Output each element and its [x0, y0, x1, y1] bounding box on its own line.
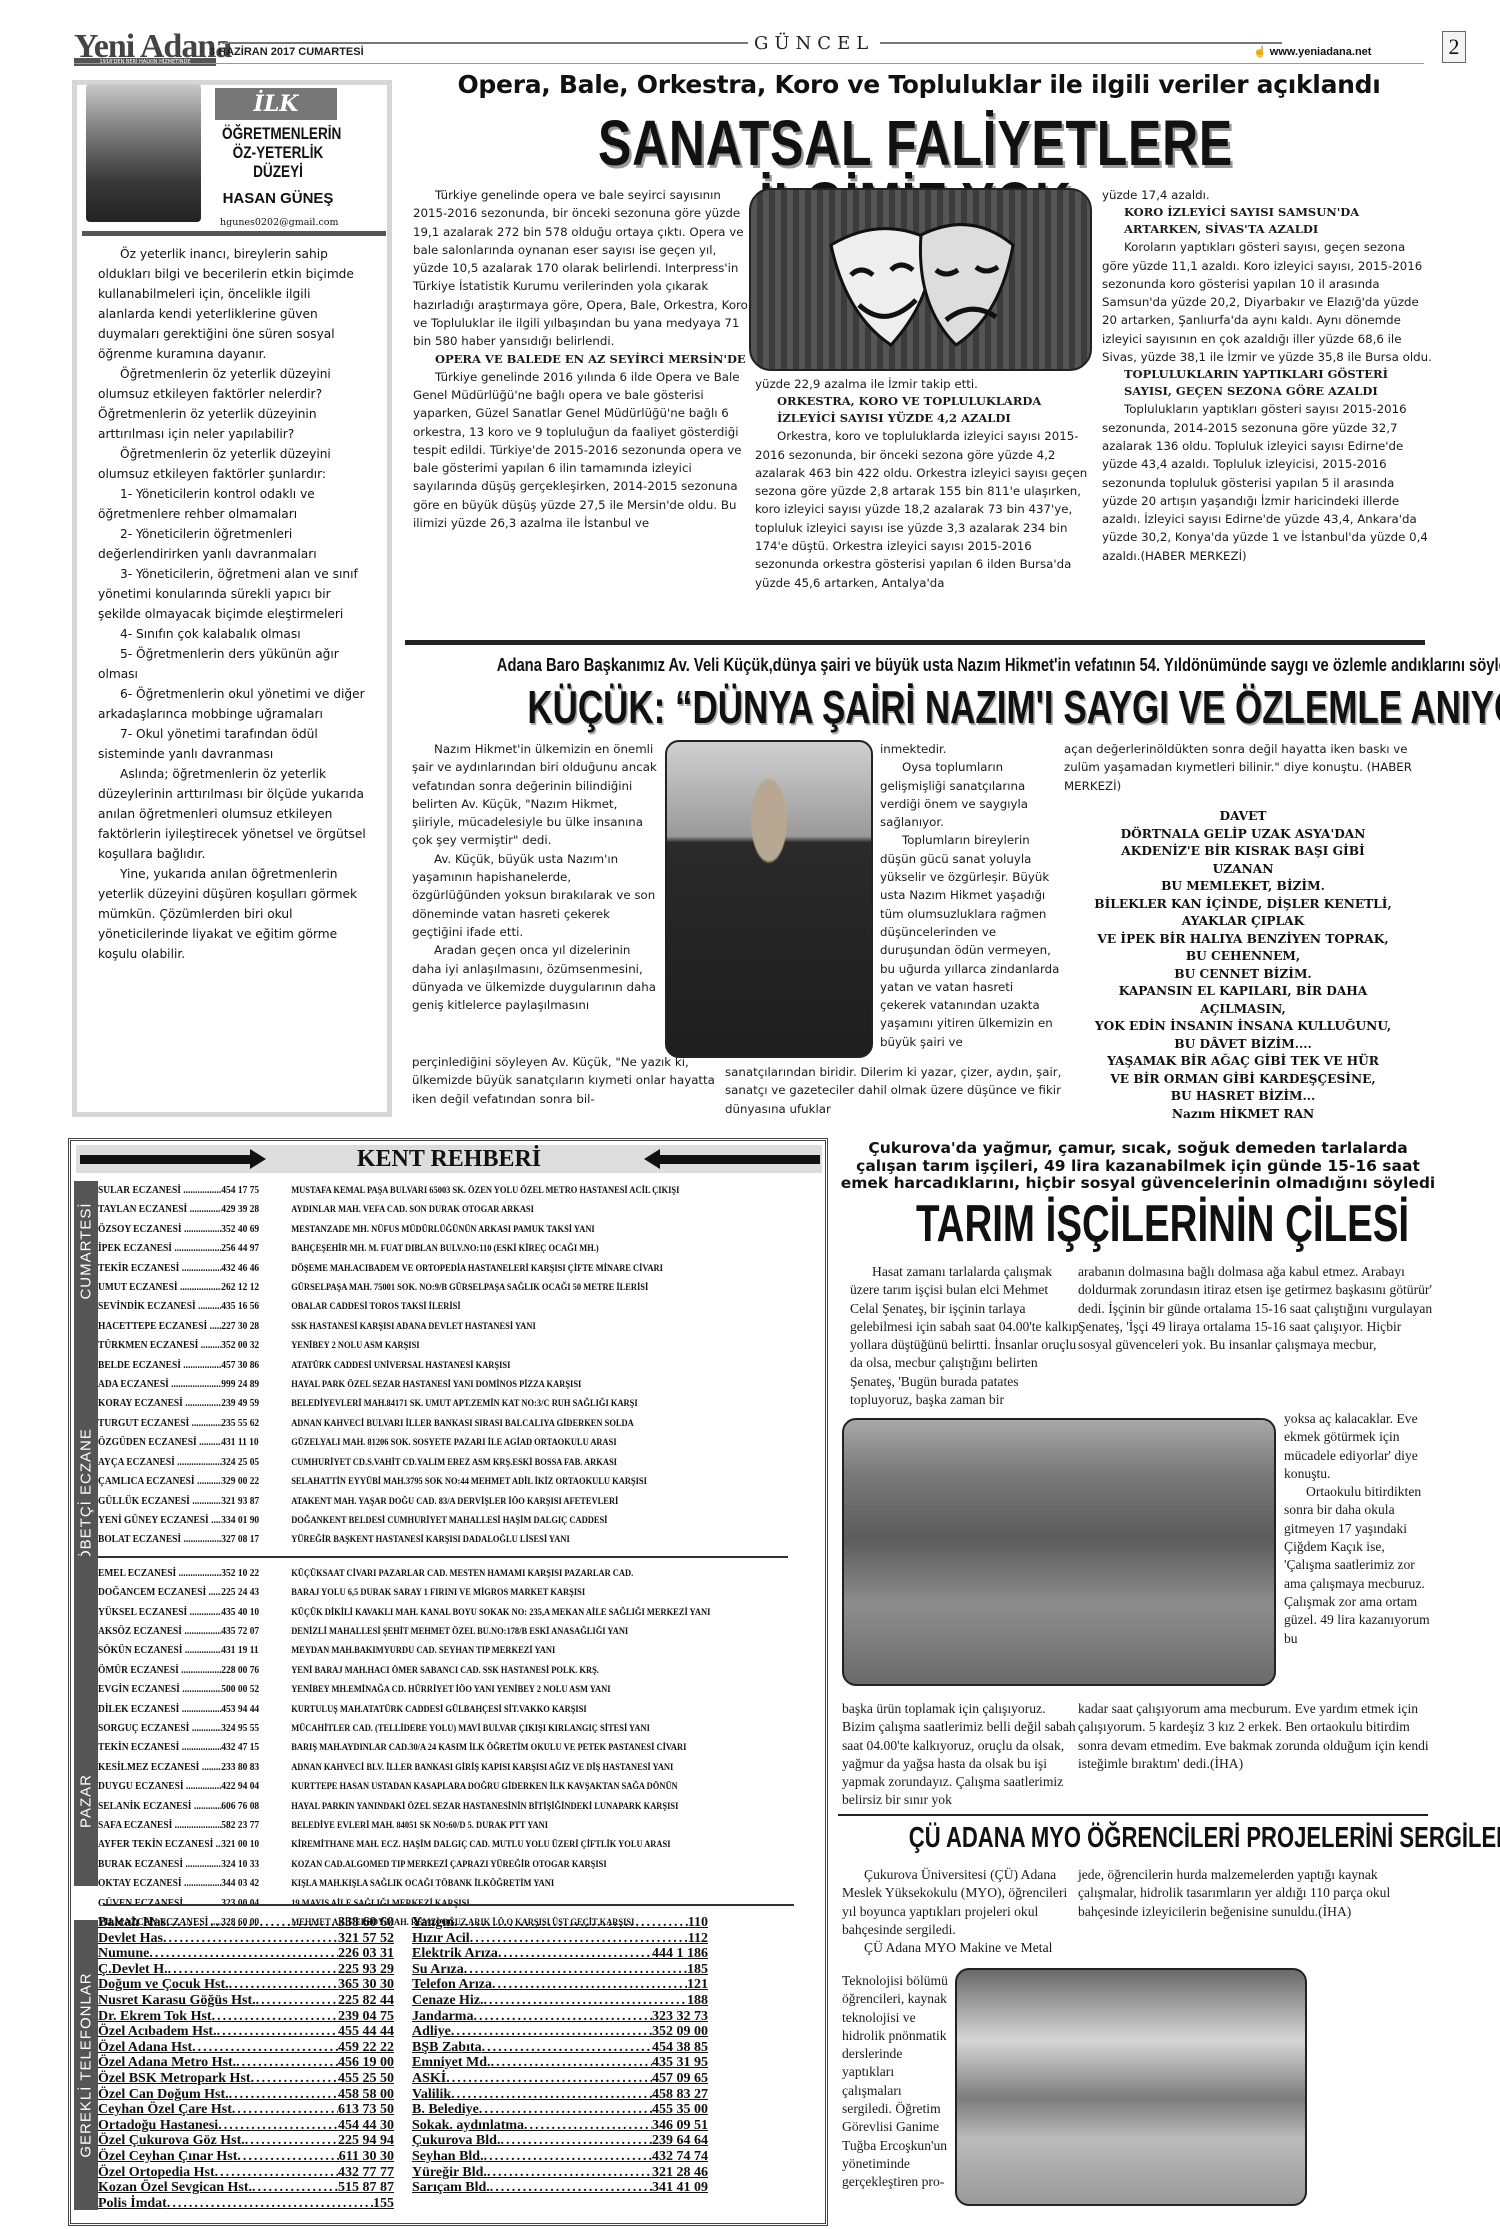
paragraph: 7- Okul yönetimi tarafından ödül sistemi… — [98, 724, 370, 764]
leader-dots — [482, 2040, 652, 2056]
pharmacy-row: ADA ECZANESİ999 24 89HAYAL PARK ÖZEL SEZ… — [98, 1375, 765, 1394]
pharmacy-address: ATAKENT MAH. YAŞAR DOĞU CAD. 83/A DERVİŞ… — [291, 1496, 618, 1506]
pharmacy-phone: 327 08 17 — [221, 1530, 291, 1549]
tarim-column-2-continued: yoksa aç kalacaklar. Eve ekmek götürmek … — [1284, 1410, 1434, 1648]
pharmacy-row: HACETTEPE ECZANESİ227 30 28SSK HASTANESİ… — [98, 1317, 765, 1336]
leader-dots — [229, 2087, 338, 2103]
leader-dots — [454, 1915, 688, 1931]
leader-dots — [237, 2149, 338, 2165]
phone-number: 432 74 74 — [652, 2149, 708, 2165]
poem-line: VE İPEK BİR HALIYA BENZİYEN TOPRAK, — [1062, 931, 1424, 949]
pharmacy-address: KÜÇÜK DİKİLİ KAVAKLI MAH. KANAL BOYU SOK… — [291, 1607, 710, 1617]
pharmacy-phone: 235 55 62 — [221, 1414, 291, 1433]
pharmacy-name: DİLEK ECZANESİ — [98, 1700, 221, 1719]
phone-number: 352 09 00 — [652, 2024, 708, 2040]
cu-column-2: jede, öğrencilerin hurda malzemelerden y… — [1078, 1866, 1433, 1921]
phone-label: Jandarma — [412, 2009, 473, 2025]
paragraph: Ortaokulu bitirdikten sonra bir daha oku… — [1284, 1483, 1434, 1648]
phone-label: Özel Ortopedia Hst — [98, 2165, 215, 2181]
pharmacy-address: KİREMİTHANE MAH. ECZ. HAŞİM DALGIÇ CAD. … — [291, 1839, 670, 1849]
pharmacy-address: YÜREĞİR BAŞKENT HASTANESİ KARŞISI DADALO… — [291, 1534, 570, 1544]
poem-line: BU HASRET BİZİM... — [1062, 1088, 1424, 1106]
pharmacy-name: SELANİK ECZANESİ — [98, 1797, 221, 1816]
pharmacy-phone: 324 95 55 — [221, 1719, 291, 1738]
pharmacy-row: ÖMÜR ECZANESİ228 00 76YENİ BARAJ MAH.HAC… — [98, 1661, 765, 1680]
leader-dots — [236, 2055, 338, 2071]
phone-label: Dr. Ekrem Tok Hst — [98, 2009, 212, 2025]
section-title: GÜNCEL — [748, 33, 880, 54]
pharmacy-address: KIŞLA MAH.KIŞLA SAĞLIK OCAĞI TÖBANK İLKÖ… — [291, 1878, 554, 1888]
pharmacy-row: ÖZSOY ECZANESİ352 40 69MESTANZADE MH. NÜ… — [98, 1220, 765, 1239]
poem-line: DÖRTNALA GELİP UZAK ASYA'DAN — [1062, 826, 1424, 844]
phone-number: 341 41 09 — [652, 2180, 708, 2196]
pharmacy-row: TURGUT ECZANESİ235 55 62ADNAN KAHVECİ BU… — [98, 1414, 765, 1433]
website-url: www.yeniadana.net — [1270, 46, 1372, 58]
phone-number: 155 — [373, 2196, 394, 2212]
pharmacy-name: ÇAMLICA ECZANESİ — [98, 1472, 221, 1491]
pharmacy-name: KORAY ECZANESİ — [98, 1394, 221, 1413]
phone-number: 457 09 65 — [652, 2071, 708, 2087]
phone-label: ASKİ — [412, 2071, 446, 2087]
student-projects-photo — [955, 1968, 1307, 2206]
phone-label: Özel Adana Hst — [98, 2040, 192, 2056]
pharmacy-address: YENİBEY 2 NOLU ASM KARŞISI — [291, 1340, 419, 1350]
phone-number: 432 77 77 — [338, 2165, 394, 2181]
pharmacy-row: BELDE ECZANESİ457 30 86ATATÜRK CADDESİ U… — [98, 1356, 765, 1375]
pharmacy-address: YENİ BARAJ MAH.HACI ÖMER SABANCI CAD. SS… — [291, 1665, 599, 1675]
pharmacy-phone: 227 30 28 — [221, 1317, 291, 1336]
pharmacy-address: SSK HASTANESİ KARŞISI ADANA DEVLET HASTA… — [291, 1321, 536, 1331]
phone-label: Nusret Karasu Göğüs Hst. — [98, 1993, 256, 2009]
pharmacy-row: GÜLLÜK ECZANESİ321 93 87ATAKENT MAH. YAŞ… — [98, 1492, 765, 1511]
pharmacy-row: SEVİNDİK ECZANESİ435 16 56OBALAR CADDESİ… — [98, 1297, 765, 1316]
theatre-masks-image — [749, 188, 1092, 371]
pharmacy-phone: 606 76 08 — [221, 1797, 291, 1816]
veli-kucuk-photo — [665, 740, 873, 1058]
leader-dots — [245, 2133, 338, 2149]
side-label-cumartesi: CUMARTESİNÖBETÇİ ECZANE — [74, 1181, 98, 1556]
pharmacy-phone: 321 93 87 — [221, 1492, 291, 1511]
phone-number: 338 60 60 — [338, 1915, 394, 1931]
leader-dots — [484, 1993, 687, 2009]
pharmacy-row: EMEL ECZANESİ352 10 22KÜÇÜKSAAT CİVARI P… — [98, 1564, 765, 1583]
pharmacy-list: SULAR ECZANESİ454 17 75MUSTAFA KEMAL PAŞ… — [98, 1181, 823, 1932]
paragraph: Türkiye genelinde opera ve bale seyirci … — [413, 186, 748, 351]
pharmacy-row: TÜRKMEN ECZANESİ352 00 32YENİBEY 2 NOLU … — [98, 1336, 765, 1355]
pharmacy-row: AKSÖZ ECZANESİ435 72 07DENİZLİ MAHALLESİ… — [98, 1622, 765, 1641]
leader-dots — [492, 1977, 687, 1993]
phone-entry: Özel Çukurova Göz Hst.225 94 94 — [98, 2133, 394, 2149]
pharmacy-row: BOLAT ECZANESİ327 08 17YÜREĞİR BAŞKENT H… — [98, 1530, 765, 1549]
phone-number: 121 — [687, 1977, 708, 1993]
phone-label: Cenaze Hiz. — [412, 1993, 484, 2009]
pharmacy-row: ÇAMLICA ECZANESİ329 00 22SELAHATTİN EYYÜ… — [98, 1472, 765, 1491]
phone-label: Kozan Özel Sevgican Hst. — [98, 2180, 252, 2196]
leader-dots — [490, 2180, 652, 2196]
farm-workers-photo — [842, 1418, 1276, 1686]
phone-label: Su Arıza — [412, 1962, 464, 1978]
phone-number: 458 58 00 — [338, 2087, 394, 2103]
column-title: ÖĞRETMENLERİN ÖZ-YETERLİK DÜZEYİ — [222, 124, 334, 181]
phone-number: 226 03 31 — [338, 1946, 394, 1962]
pharmacy-name: AYÇA ECZANESİ — [98, 1453, 221, 1472]
pharmacy-phone: 352 10 22 — [221, 1564, 291, 1583]
phone-label: Sarıçam Bld. — [412, 2180, 490, 2196]
pharmacy-phone: 431 11 10 — [221, 1433, 291, 1452]
phone-number: 185 — [687, 1962, 708, 1978]
pharmacy-address: YENİBEY MH.EMİNAĞA CD. HÜRRİYET İÖO YANI… — [291, 1684, 610, 1694]
tarim-column-2-end: kadar saat çalışıyorum ama mecburum. Eve… — [1078, 1700, 1433, 1773]
pharmacy-address: HAYAL PARK ÖZEL SEZAR HASTANESİ YANI DOM… — [291, 1379, 581, 1389]
nazim-kicker: Adana Baro Başkanımız Av. Veli Küçük,dün… — [497, 655, 1333, 676]
pharmacy-row: DİLEK ECZANESİ453 94 44KURTULUŞ MAH.ATAT… — [98, 1700, 765, 1719]
pharmacy-row: SULAR ECZANESİ454 17 75MUSTAFA KEMAL PAŞ… — [98, 1181, 765, 1200]
page-number: 2 — [1442, 31, 1466, 63]
pharmacy-name: ÖZSOY ECZANESİ — [98, 1220, 221, 1239]
pharmacy-name: TEKİN ECZANESİ — [98, 1738, 221, 1757]
pharmacy-phone: 262 12 12 — [221, 1278, 291, 1297]
phone-entry: Sokak. aydınlatma346 09 51 — [412, 2118, 708, 2134]
phone-label: Özel Can Doğum Hst. — [98, 2087, 229, 2103]
paragraph: 3- Yöneticilerin, öğretmeni alan ve sını… — [98, 564, 370, 624]
leader-dots — [167, 2196, 373, 2212]
phone-entry: Jandarma323 32 73 — [412, 2009, 708, 2025]
pharmacy-address: BAHÇEŞEHİR MH. M. FUAT DIBLAN BULV.NO:11… — [291, 1243, 599, 1253]
label: NÖBETÇİ ECZANE — [78, 1428, 95, 1574]
phone-number: 323 32 73 — [652, 2009, 708, 2025]
phone-label: Ortadoğu Hastanesi — [98, 2118, 218, 2134]
pharmacy-phone: 454 17 75 — [221, 1181, 291, 1200]
pharmacy-name: EMEL ECZANESİ — [98, 1564, 221, 1583]
phone-label: Yangın — [412, 1915, 454, 1931]
pharmacy-phone: 233 80 83 — [221, 1758, 291, 1777]
phone-label: Polis İmdat — [98, 2196, 167, 2212]
nazim-column-1-continued: perçinlediğini söyleyen Av. Küçük, "Ne y… — [412, 1053, 717, 1108]
pharmacy-phone: 324 25 05 — [221, 1453, 291, 1472]
phone-label: Doğum ve Çocuk Hst. — [98, 1977, 229, 1993]
pharmacy-phone: 429 39 28 — [221, 1200, 291, 1219]
column-divider — [82, 231, 386, 236]
phone-label: Çukurova Bld. — [412, 2133, 500, 2149]
pharmacy-row: KORAY ECZANESİ239 49 59BELEDİYEVLERİ MAH… — [98, 1394, 765, 1413]
leader-dots — [212, 2009, 338, 2025]
pharmacy-address: BELEDİYE EVLERİ MAH. 84051 SK NO:60/D 5.… — [291, 1820, 548, 1830]
leader-dots — [229, 1977, 338, 1993]
pharmacy-address: BELEDİYEVLERİ MAH.84171 SK. UMUT APT.ZEM… — [291, 1398, 637, 1408]
phone-entry: Telefon Arıza121 — [412, 1977, 708, 1993]
phone-label: Adliye — [412, 2024, 451, 2040]
paragraph: Aradan geçen onca yıl dizelerinin daha i… — [412, 941, 660, 1014]
poem-line: AYAKLAR ÇIPLAK — [1062, 913, 1424, 931]
tarim-kicker: Çukurova'da yağmur, çamur, sıcak, soğuk … — [838, 1140, 1438, 1193]
side-label-gerekli: GEREKLİ TELEFONLAR — [74, 1920, 98, 2210]
pharmacy-name: BURAK ECZANESİ — [98, 1855, 221, 1874]
poem-line: AKDENİZ'E BİR KISRAK BAŞI GİBİ — [1062, 843, 1424, 861]
pharmacy-address: OBALAR CADDESİ TOROS TAKSİ İLERİSİ — [291, 1301, 460, 1311]
pharmacy-row: DOĞANCEM ECZANESİ225 24 43BARAJ YOLU 6,5… — [98, 1583, 765, 1602]
leader-dots — [149, 1946, 338, 1962]
leader-dots — [500, 2133, 652, 2149]
leader-dots — [470, 1931, 688, 1947]
phone-list-left: Balcalı Has338 60 60Devlet Has321 57 52N… — [98, 1915, 394, 2211]
pharmacy-name: ÖZGÜDEN ECZANESİ — [98, 1433, 221, 1452]
pharmacy-row: KESİLMEZ ECZANESİ233 80 83ADNAN KAHVECİ … — [98, 1758, 765, 1777]
pharmacy-address: HAYAL PARKIN YANINDAKİ ÖZEL SEZAR HASTAN… — [291, 1801, 678, 1811]
pharmacy-address: DENİZLİ MAHALLESİ ŞEHİT MEHMET ÖZEL BU.N… — [291, 1626, 628, 1636]
pharmacy-address: DÖŞEME MAH.ACIBADEM VE ORTOPEDİA HASTANE… — [291, 1263, 663, 1273]
phone-entry: Yüreğir Bld.321 28 46 — [412, 2165, 708, 2181]
logo-tagline: 1918'DEN BERİ HALKIN HİZMETİNDE — [74, 58, 216, 66]
website-link[interactable]: ☝ www.yeniadana.net — [1253, 45, 1371, 58]
poem-line: BU MEMLEKET, BİZİM. — [1062, 878, 1424, 896]
pharmacy-address: KÜÇÜKSAAT CİVARI PAZARLAR CAD. MESTEN HA… — [291, 1568, 633, 1578]
opera-column-2: yüzde 22,9 azalma ile İzmir takip etti. … — [755, 375, 1095, 592]
phone-number: 515 87 87 — [338, 2180, 394, 2196]
pharmacy-address: MÜCAHİTLER CAD. (TELLİDERE YOLU) MAVİ BU… — [291, 1723, 650, 1733]
phone-label: Seyhan Bld. — [412, 2149, 484, 2165]
author-email[interactable]: hgunes0202@gmail.com — [220, 217, 339, 228]
leader-dots — [451, 2024, 652, 2040]
phone-number: 321 57 52 — [338, 1931, 394, 1947]
pharmacy-address: CUMHURİYET CD.S.VAHİT CD.YALIM EREZ ASM … — [291, 1457, 617, 1467]
paragraph: Hasat zamanı tarlalarda çalışmak üzere t… — [850, 1263, 1080, 1409]
pharmacy-name: TURGUT ECZANESİ — [98, 1414, 221, 1433]
paragraph: Çukurova Üniversitesi (ÇÜ) Adana Meslek … — [842, 1866, 1078, 1939]
leader-dots — [446, 2071, 652, 2087]
poem-line: AÇILMASIN, — [1062, 1001, 1424, 1019]
phone-label: Özel Çukurova Göz Hst. — [98, 2133, 245, 2149]
paragraph: 2- Yöneticilerin öğretmenleri değerlendi… — [98, 524, 370, 564]
phone-entry: Balcalı Has338 60 60 — [98, 1915, 394, 1931]
pharmacy-row: AYFER TEKİN ECZANESİ321 00 10KİREMİTHANE… — [98, 1835, 765, 1854]
pharmacy-address: ADNAN KAHVECİ BLV. İLLER BANKASI GİRİŞ K… — [291, 1762, 673, 1772]
pharmacy-row: UMUT ECZANESİ262 12 12GÜRSELPAŞA MAH. 75… — [98, 1278, 765, 1297]
pharmacy-phone: 431 19 11 — [221, 1641, 291, 1660]
pharmacy-row: SELANİK ECZANESİ606 76 08HAYAL PARKIN YA… — [98, 1797, 765, 1816]
label: CUMARTESİ — [78, 1202, 95, 1299]
label: GEREKLİ TELEFONLAR — [78, 1972, 95, 2157]
column-author: HASAN GÜNEŞ — [208, 190, 348, 207]
poem-line: DAVET — [1062, 808, 1424, 826]
leader-dots — [218, 2118, 338, 2134]
phone-entry: Nusret Karasu Göğüs Hst.225 82 44 — [98, 1993, 394, 2009]
leader-dots — [252, 2180, 338, 2196]
phone-entry: Elektrik Arıza444 1 186 — [412, 1946, 708, 1962]
phone-number: 459 22 22 — [338, 2040, 394, 2056]
pharmacy-phone: 432 46 46 — [221, 1259, 291, 1278]
pharmacy-address: SELAHATTİN EYYÜBİ MAH.3795 SOK NO:44 MEH… — [291, 1476, 647, 1486]
pharmacy-row: TEKİN ECZANESİ432 47 15BARIŞ MAH.AYDINLA… — [98, 1738, 765, 1757]
phone-entry: Polis İmdat155 — [98, 2196, 394, 2212]
nazim-column-3: açan değerlerinöldükten sonra değil haya… — [1064, 740, 1424, 795]
paragraph: inmektedir. — [880, 740, 1060, 758]
paragraph: ÇÜ Adana MYO Makine ve Metal — [842, 1939, 1078, 1957]
phone-label: Özel Adana Metro Hst. — [98, 2055, 236, 2071]
cu-headline: ÇÜ ADANA MYO ÖĞRENCİLERİ PROJELERİNİ SER… — [909, 1822, 1357, 1855]
pharmacy-address: 19 MAYIS AİLE SAĞLIĞI MERKEZİ KARŞISI — [291, 1898, 469, 1908]
pharmacy-name: SAFA ECZANESİ — [98, 1816, 221, 1835]
poem-line: BU CEHENNEM, — [1062, 948, 1424, 966]
pharmacy-name: TAYLAN ECZANESİ — [98, 1200, 221, 1219]
leader-dots — [168, 1962, 338, 1978]
pharmacy-phone: 225 24 43 — [221, 1583, 291, 1602]
pharmacy-phone: 453 94 44 — [221, 1700, 291, 1719]
phone-number: 188 — [687, 1993, 708, 2009]
phone-label: Hızır Acil — [412, 1931, 470, 1947]
phone-entry: Adliye352 09 00 — [412, 2024, 708, 2040]
phone-number: 444 1 186 — [652, 1946, 708, 1962]
pharmacy-phone: 435 40 10 — [221, 1603, 291, 1622]
tarim-column-2: arabanın dolmasına bağlı dolmasa ağa kab… — [1078, 1263, 1433, 1354]
phone-label: Devlet Has — [98, 1931, 163, 1947]
section-divider — [838, 1814, 1428, 1816]
phone-number: 225 94 94 — [338, 2133, 394, 2149]
phone-entry: Ortadoğu Hastanesi454 44 30 — [98, 2118, 394, 2134]
paragraph: Türkiye genelinde 2016 yılında 6 ilde Op… — [413, 368, 748, 533]
phone-entry: B. Belediye455 35 00 — [412, 2102, 708, 2118]
paragraph: Aslında; öğretmenlerin öz yeterlik düzey… — [98, 764, 370, 864]
leader-dots — [487, 2165, 652, 2181]
pharmacy-phone: 500 00 52 — [221, 1680, 291, 1699]
pharmacy-row: SAFA ECZANESİ582 23 77BELEDİYE EVLERİ MA… — [98, 1816, 765, 1835]
pharmacy-name: UMUT ECZANESİ — [98, 1278, 221, 1297]
phone-number: 456 19 00 — [338, 2055, 394, 2071]
list-divider — [98, 1556, 788, 1558]
hand-pointer-icon: ☝ — [1253, 46, 1267, 58]
pharmacy-name: AKSÖZ ECZANESİ — [98, 1622, 221, 1641]
leader-dots — [163, 1931, 338, 1947]
subheading: OPERA VE BALEDE EN AZ SEYİRCİ MERSİN'DE — [413, 351, 748, 368]
leader-dots — [232, 2102, 338, 2118]
pharmacy-name: AYFER TEKİN ECZANESİ — [98, 1835, 221, 1854]
poem-line: VE BİR ORMAN GİBİ KARDEŞÇESİNE, — [1062, 1071, 1424, 1089]
opera-column-3: yüzde 17,4 azaldı. KORO İZLEYİCİ SAYISI … — [1102, 186, 1432, 565]
author-photo — [86, 84, 201, 222]
pharmacy-name: OKTAY ECZANESİ — [98, 1874, 221, 1893]
poem-line: YAŞAMAK BİR AĞAÇ GİBİ TEK VE HÜR — [1062, 1053, 1424, 1071]
paragraph: Orkestra, koro ve topluluklarda izleyici… — [755, 427, 1095, 592]
paragraph: 4- Sınıfın çok kalabalık olması — [98, 624, 370, 644]
pharmacy-row: AYÇA ECZANESİ324 25 05CUMHURİYET CD.S.VA… — [98, 1453, 765, 1472]
paragraph: 6- Öğretmenlerin okul yönetimi ve diğer … — [98, 684, 370, 724]
pharmacy-phone: 324 10 33 — [221, 1855, 291, 1874]
list-divider — [104, 1904, 794, 1906]
paragraph: yüzde 22,9 azalma ile İzmir takip etti. — [755, 375, 1095, 393]
column-body: Öz yeterlik inancı, bireylerin sahip old… — [98, 244, 370, 964]
pharmacy-phone: 321 00 10 — [221, 1835, 291, 1854]
pharmacy-name: SEVİNDİK ECZANESİ — [98, 1297, 221, 1316]
phone-entry: Valilik458 83 27 — [412, 2087, 708, 2103]
pharmacy-address: MESTANZADE MH. NÜFUS MÜDÜRLÜĞÜNÜN ARKASI… — [291, 1224, 595, 1234]
pharmacy-address: GÜZELYALI MAH. 81206 SOK. SOSYETE PAZARI… — [291, 1437, 616, 1447]
phone-label: Telefon Arıza — [412, 1977, 492, 1993]
pharmacy-name: TÜRKMEN ECZANESİ — [98, 1336, 221, 1355]
leader-dots — [256, 1993, 338, 2009]
city-guide-title: KENT REHBERİ — [76, 1145, 822, 1173]
pharmacy-address: ADNAN KAHVECİ BULVARI İLLER BANKASI SIRA… — [291, 1418, 634, 1428]
pharmacy-name: GÜLLÜK ECZANESİ — [98, 1492, 221, 1511]
pharmacy-name: YENİ GÜNEY ECZANESİ — [98, 1511, 221, 1530]
phone-entry: Devlet Has321 57 52 — [98, 1931, 394, 1947]
phone-label: Valilik — [412, 2087, 451, 2103]
leader-dots — [217, 2024, 338, 2040]
column-series-label: İLK ADIM — [215, 88, 337, 120]
pharmacy-address: KURTTEPE HASAN USTADAN KASAPLARA DOĞRU G… — [291, 1781, 677, 1791]
pharmacy-phone: 457 30 86 — [221, 1356, 291, 1375]
leader-dots — [451, 2087, 652, 2103]
pharmacy-phone: 435 72 07 — [221, 1622, 291, 1641]
pharmacy-name: KESİLMEZ ECZANESİ — [98, 1758, 221, 1777]
phone-list-right: Yangın110Hızır Acil112Elektrik Arıza444 … — [412, 1915, 708, 2196]
pharmacy-phone: 432 47 15 — [221, 1738, 291, 1757]
pharmacy-address: AYDINLAR MAH. VEFA CAD. SON DURAK OTOGAR… — [291, 1204, 534, 1214]
poem-line: YOK EDİN İNSANIN İNSANA KULLUĞUNU, — [1062, 1018, 1424, 1036]
leader-dots — [479, 2102, 652, 2118]
phone-entry: Özel Acıbadem Hst.455 44 44 — [98, 2024, 394, 2040]
paragraph: Öğretmenlerin öz yeterlik düzeyini olums… — [98, 364, 370, 444]
phone-entry: Özel Can Doğum Hst.458 58 00 — [98, 2087, 394, 2103]
phone-label: Özel BSK Metropark Hst — [98, 2071, 251, 2087]
phone-entry: Çukurova Bld.239 64 64 — [412, 2133, 708, 2149]
phone-number: 611 30 30 — [339, 2149, 394, 2165]
phone-entry: Özel Adana Metro Hst.456 19 00 — [98, 2055, 394, 2071]
pharmacy-phone: 582 23 77 — [221, 1816, 291, 1835]
paragraph: Öğretmenlerin öz yeterlik düzeyini olums… — [98, 444, 370, 484]
leader-dots — [215, 2165, 338, 2181]
pharmacy-name: SÖKÜN ECZANESİ — [98, 1641, 221, 1660]
phone-entry: Doğum ve Çocuk Hst.365 30 30 — [98, 1977, 394, 1993]
nazim-column-2: inmektedir. Oysa toplumların gelişmişliğ… — [880, 740, 1060, 1051]
pharmacy-row: İPEK ECZANESİ256 44 97BAHÇEŞEHİR MH. M. … — [98, 1239, 765, 1258]
tarim-headline: TARIM İŞÇİLERİNİN ÇİLESİ — [916, 1197, 1360, 1251]
phone-entry: Sarıçam Bld.341 41 09 — [412, 2180, 708, 2196]
issue-date: 3 HAZİRAN 2017 CUMARTESİ — [209, 46, 364, 58]
phone-number: 225 93 29 — [338, 1962, 394, 1978]
pharmacy-row: ÖZGÜDEN ECZANESİ431 11 10GÜZELYALI MAH. … — [98, 1433, 765, 1452]
phone-entry: Emniyet Md.435 31 95 — [412, 2055, 708, 2071]
phone-number: 458 83 27 — [652, 2087, 708, 2103]
pharmacy-name: ADA ECZANESİ — [98, 1375, 221, 1394]
phone-entry: Özel BSK Metropark Hst455 25 50 — [98, 2071, 394, 2087]
pharmacy-name: ÖMÜR ECZANESİ — [98, 1661, 221, 1680]
subheading: KORO İZLEYİCİ SAYISI SAMSUN'DA ARTARKEN,… — [1102, 204, 1432, 238]
pharmacy-name: SORGUÇ ECZANESİ — [98, 1719, 221, 1738]
pharmacy-name: YÜKSEL ECZANESİ — [98, 1603, 221, 1622]
pharmacy-address: ATATÜRK CADDESİ UNİVERSAL HASTANESİ KARŞ… — [291, 1360, 510, 1370]
phone-label: Özel Acıbadem Hst. — [98, 2024, 217, 2040]
poem-line: KAPANSIN EL KAPILARI, BİR DAHA — [1062, 983, 1424, 1001]
paragraph: yoksa aç kalacaklar. Eve ekmek götürmek … — [1284, 1410, 1434, 1483]
phone-entry: Cenaze Hiz.188 — [412, 1993, 708, 2009]
nazim-column-2-continued: sanatçılarından biridir. Dilerim ki yaza… — [725, 1063, 1070, 1118]
phone-entry: Ç.Devlet H.225 93 29 — [98, 1962, 394, 1978]
leader-dots — [524, 2118, 652, 2134]
cu-column-1: Çukurova Üniversitesi (ÇÜ) Adana Meslek … — [842, 1866, 1078, 1957]
pharmacy-phone: 329 00 22 — [221, 1472, 291, 1491]
poem-signature: Nazım HİKMET RAN — [1062, 1106, 1424, 1124]
phone-number: 112 — [688, 1931, 708, 1947]
pharmacy-phone: 352 00 32 — [221, 1336, 291, 1355]
theatre-masks-icon — [821, 205, 1021, 355]
phone-label: Balcalı Has — [98, 1915, 166, 1931]
tarim-column-1-continued: başka ürün toplamak için çalışıyoruz. Bi… — [842, 1700, 1078, 1810]
phone-label: B. Belediye — [412, 2102, 479, 2118]
pharmacy-phone: 999 24 89 — [221, 1375, 291, 1394]
leader-dots — [473, 2009, 652, 2025]
paragraph: yüzde 17,4 azaldı. — [1102, 186, 1432, 204]
pharmacy-phone: 228 00 76 — [221, 1661, 291, 1680]
phone-label: Özel Ceyhan Çınar Hst — [98, 2149, 237, 2165]
